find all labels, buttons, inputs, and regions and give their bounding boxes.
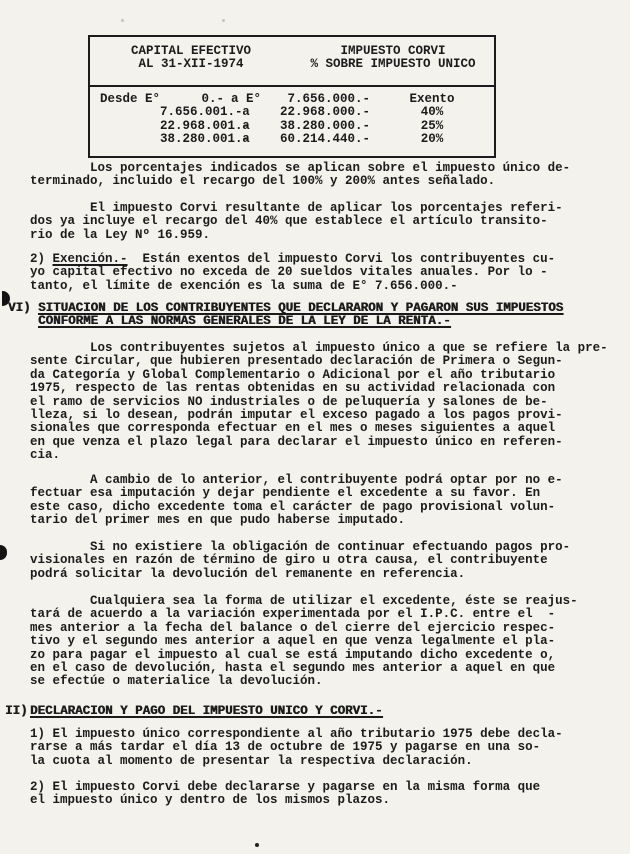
margin-mark-icon — [0, 545, 7, 560]
table-header-capital-line2: AL 31-XII-1974 — [90, 58, 292, 71]
row-to: 38.280.000.- — [268, 120, 370, 133]
row-conj: a E° — [224, 93, 268, 106]
section-exencion-number: 2) — [30, 252, 53, 266]
paragraph-a-cambio: A cambio de lo anterior, el contribuyent… — [30, 474, 563, 528]
row-label: Desde E° — [100, 93, 160, 106]
table-header-impuesto: IMPUESTO CORVI % SOBRE IMPUESTO UNICO — [292, 45, 494, 72]
table-row: 38.280.001.- a 60.214.440.- 20% — [90, 133, 494, 146]
row-rate: Exento — [370, 93, 494, 106]
row-rate: 25% — [370, 120, 494, 133]
row-label — [100, 106, 160, 119]
tax-rate-table: CAPITAL EFECTIVO AL 31-XII-1974 IMPUESTO… — [88, 35, 496, 158]
paragraph-porcentajes: Los porcentajes indicados se aplican sob… — [30, 162, 570, 189]
scan-artifact — [121, 19, 124, 22]
table-header-capital: CAPITAL EFECTIVO AL 31-XII-1974 — [90, 45, 292, 72]
table-header: CAPITAL EFECTIVO AL 31-XII-1974 IMPUESTO… — [90, 37, 494, 87]
row-from: 38.280.001.- — [160, 133, 224, 146]
section-exencion-title: Exención.- — [53, 252, 128, 266]
heading-vi: VI) SITUACION DE LOS CONTRIBUYENTES QUE … — [38, 302, 563, 329]
table-row: 7.656.001.- a 22.968.000.- 40% — [90, 106, 494, 119]
heading-vi-title: SITUACION DE LOS CONTRIBUYENTES QUE DECL… — [38, 301, 563, 328]
row-rate: 20% — [370, 133, 494, 146]
row-conj: a — [224, 120, 268, 133]
row-to: 60.214.440.- — [268, 133, 370, 146]
row-label — [100, 133, 160, 146]
heading-ii: II) DECLARACION Y PAGO DEL IMPUESTO UNIC… — [30, 705, 383, 718]
table-row: Desde E° 0.- a E° 7.656.000.- Exento — [90, 93, 494, 106]
scan-artifact — [222, 19, 225, 22]
table-header-capital-line1: CAPITAL EFECTIVO — [90, 45, 292, 58]
row-from: 0.- — [160, 93, 224, 106]
table-header-impuesto-line1: IMPUESTO CORVI — [292, 45, 494, 58]
row-from: 7.656.001.- — [160, 106, 224, 119]
table-header-impuesto-line2: % SOBRE IMPUESTO UNICO — [292, 58, 494, 71]
section-exencion: 2) Exención.- Están exentos del impuesto… — [30, 253, 555, 293]
paragraph-reajuste-ipc: Cualquiera sea la forma de utilizar el e… — [30, 595, 578, 689]
row-conj: a — [224, 106, 268, 119]
paragraph-contribuyentes-sujetos: Los contribuyentes sujetos al impuesto ú… — [30, 342, 608, 463]
row-label — [100, 120, 160, 133]
paragraph-termino-giro: Si no existiere la obligación de continu… — [30, 541, 570, 581]
heading-ii-title: DECLARACION Y PAGO DEL IMPUESTO UNICO Y … — [30, 704, 383, 718]
row-from: 22.968.001.- — [160, 120, 224, 133]
row-to: 22.968.000.- — [268, 106, 370, 119]
document-page: CAPITAL EFECTIVO AL 31-XII-1974 IMPUESTO… — [0, 0, 630, 854]
row-to: 7.656.000.- — [268, 93, 370, 106]
ink-speck — [255, 843, 259, 847]
table-row: 22.968.001.- a 38.280.000.- 25% — [90, 120, 494, 133]
row-rate: 40% — [370, 106, 494, 119]
heading-ii-number: II) — [5, 705, 35, 718]
paragraph-recargo-40: El impuesto Corvi resultante de aplicar … — [30, 202, 563, 242]
item-declaracion-unico: 1) El impuesto único correspondiente al … — [30, 728, 563, 768]
heading-vi-number: VI) — [8, 302, 38, 315]
item-declaracion-corvi: 2) El impuesto Corvi debe declararse y p… — [30, 781, 540, 808]
row-conj: a — [224, 133, 268, 146]
table-body: Desde E° 0.- a E° 7.656.000.- Exento 7.6… — [90, 87, 494, 157]
